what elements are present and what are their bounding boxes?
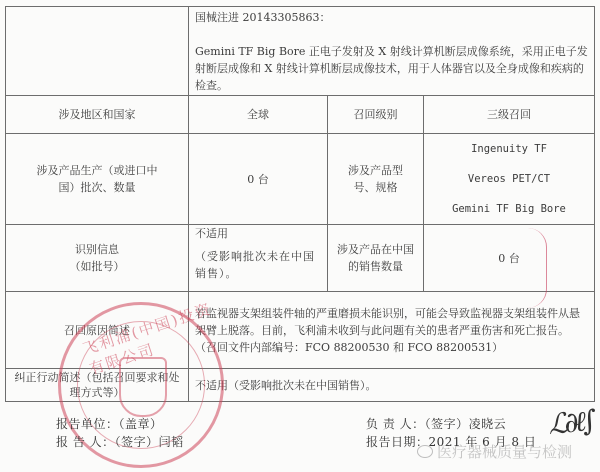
action-label: 纠正行动简述（包括召回要求和处理方式等） bbox=[6, 369, 189, 402]
batch-value: 0 台 bbox=[189, 134, 328, 225]
recall-level-value: 三级召回 bbox=[424, 96, 595, 134]
reason-text: 若监视器支架组装件轴的严重磨损未能识别，可能会导致监视器支架组装件从悬架臂上脱落… bbox=[195, 305, 588, 339]
reason-label: 召回原因简述 bbox=[6, 292, 189, 369]
intro-row: 国械注进 20143305863： Gemini TF Big Bore 正电子… bbox=[6, 7, 595, 96]
identification-value-line1: 不适用 bbox=[195, 225, 321, 242]
batch-label: 涉及产品生产（或进口中国）批次、数量 bbox=[6, 134, 189, 225]
identification-label-line2: （如批号） bbox=[12, 258, 182, 275]
watermark: 医疗器械质量与检测 bbox=[417, 441, 572, 462]
recall-table: 国械注进 20143305863： Gemini TF Big Bore 正电子… bbox=[5, 6, 595, 402]
responsible-person-label: 负 责 人：（签字）凌晓云 bbox=[366, 415, 506, 432]
watermark-text: 医疗器械质量与检测 bbox=[437, 441, 572, 462]
wechat-icon bbox=[417, 445, 433, 458]
identification-value-line2: （受影响批次未在中国销售）。 bbox=[195, 248, 321, 282]
reporter-label: 报 告 人：（签字）闫韬 bbox=[56, 433, 184, 450]
action-row: 纠正行动简述（包括召回要求和处理方式等） 不适用（受影响批次未在中国销售）。 bbox=[6, 369, 595, 402]
report-unit-label: 报告单位：（盖章） bbox=[56, 415, 163, 432]
intro-blank-cell bbox=[6, 7, 189, 96]
reason-cell: 若监视器支架组装件轴的严重磨损未能识别，可能会导致监视器支架组装件从悬架臂上脱落… bbox=[189, 292, 595, 369]
model-item: Ingenuity TF bbox=[430, 134, 588, 164]
recall-level-label: 召回级别 bbox=[328, 96, 424, 134]
batch-row: 涉及产品生产（或进口中国）批次、数量 0 台 涉及产品型号、规格 Ingenui… bbox=[6, 134, 595, 225]
recall-report-document: 国械注进 20143305863： Gemini TF Big Bore 正电子… bbox=[0, 0, 600, 472]
action-value: 不适用（受影响批次未在中国销售）。 bbox=[189, 369, 595, 402]
handwritten-signature: ℒ∂ℓ∫ bbox=[546, 404, 594, 443]
china-sales-label: 涉及产品在中国的销售数量 bbox=[328, 225, 424, 292]
registration-number: 国械注进 20143305863： bbox=[195, 9, 588, 26]
model-label: 涉及产品型号、规格 bbox=[328, 134, 424, 225]
reason-row: 召回原因简述 若监视器支架组装件轴的严重磨损未能识别，可能会导致监视器支架组装件… bbox=[6, 292, 595, 369]
model-item: Vereos PET/CT bbox=[430, 164, 588, 194]
region-row: 涉及地区和国家 全球 召回级别 三级召回 bbox=[6, 96, 595, 134]
identification-label: 识别信息 （如批号） bbox=[6, 225, 189, 292]
reason-reference: （召回文件内部编号：FCO 88200530 和 FCO 88200531） bbox=[195, 339, 588, 356]
model-item: Gemini TF Big Bore bbox=[430, 194, 588, 224]
identification-value: 不适用 （受影响批次未在中国销售）。 bbox=[189, 225, 328, 292]
identification-label-line1: 识别信息 bbox=[12, 241, 182, 258]
product-description: Gemini TF Big Bore 正电子发射及 X 射线计算机断层成像系统，… bbox=[195, 43, 588, 94]
model-list: Ingenuity TF Vereos PET/CT Gemini TF Big… bbox=[424, 134, 595, 225]
intro-description-cell: 国械注进 20143305863： Gemini TF Big Bore 正电子… bbox=[189, 7, 595, 96]
identification-row: 识别信息 （如批号） 不适用 （受影响批次未在中国销售）。 涉及产品在中国的销售… bbox=[6, 225, 595, 292]
region-label: 涉及地区和国家 bbox=[6, 96, 189, 134]
region-value: 全球 bbox=[189, 96, 328, 134]
china-sales-value: 0 台 bbox=[424, 225, 595, 292]
